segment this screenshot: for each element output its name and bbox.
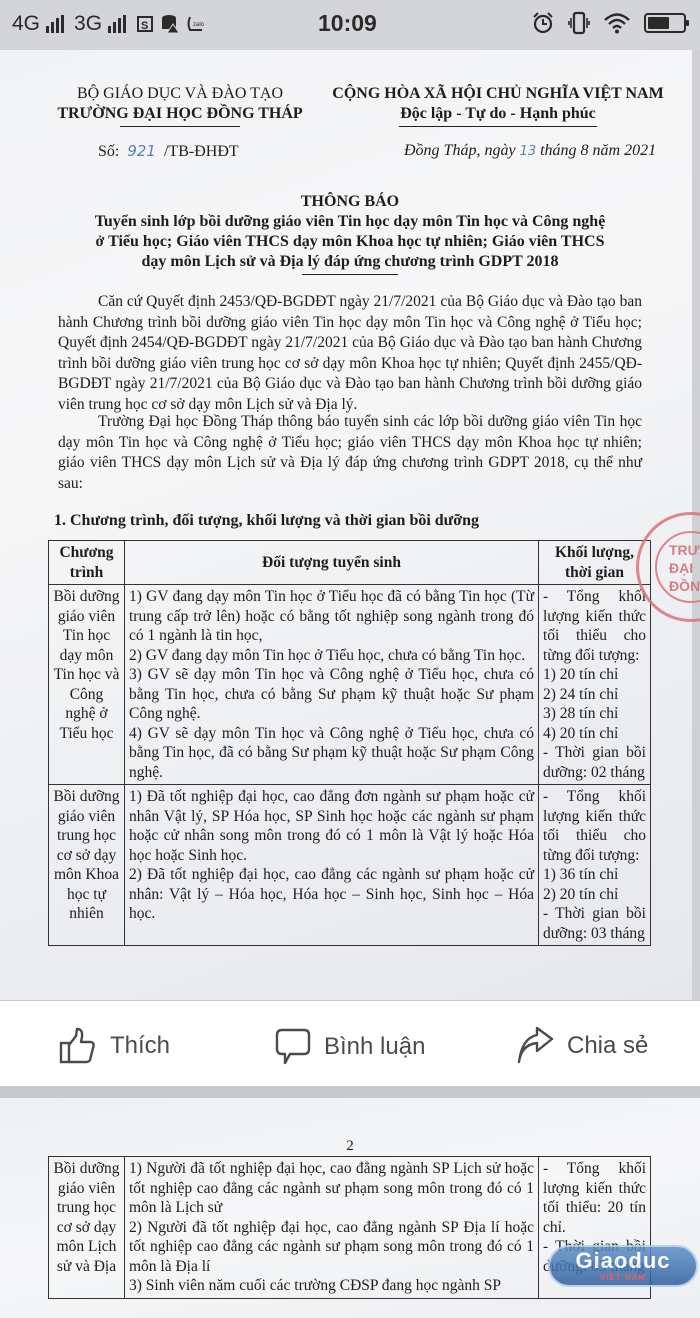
signal-icon (108, 15, 126, 33)
like-label: Thích (110, 1032, 170, 1060)
comment-label: Bình luận (324, 1033, 425, 1061)
signal-icon (46, 15, 64, 33)
document-page-1[interactable]: BỘ GIÁO DỤC VÀ ĐÀO TẠO TRƯỜNG ĐẠI HỌC ĐỒ… (0, 50, 700, 1000)
like-button[interactable]: Thích (58, 1027, 170, 1065)
notice-subtitle-2: ở Tiểu học; Giáo viên THCS dạy môn Khoa … (50, 232, 650, 252)
divider (120, 126, 240, 127)
clock: 10:09 (318, 10, 377, 37)
program-cell: Bồi dưỡng giáo viên Tin học dạy môn Tin … (49, 585, 125, 785)
notice-subtitle-3: dạy môn Lịch sử và Địa lý đáp ứng chương… (50, 252, 650, 272)
table-header-row: Chương trình Đối tượng tuyển sinh Khối l… (49, 541, 651, 585)
national-header: CỘNG HÒA XÃ HỘI CHỦ NGHĨA VIỆT NAM Độc l… (318, 84, 678, 127)
screenshot-icon: S (136, 15, 154, 33)
svg-text:zalo: zalo (193, 22, 205, 28)
handwritten-number: 921 (127, 142, 156, 160)
paragraph-announcement: Trường Đại học Đồng Tháp thông báo tuyển… (58, 412, 642, 494)
status-bar: 4G 3G S zalo 10:09 (0, 0, 700, 50)
divider (399, 126, 597, 127)
feed-separator (0, 1086, 700, 1098)
zalo-icon: zalo (186, 14, 206, 34)
program-table: Chương trình Đối tượng tuyển sinh Khối l… (48, 540, 651, 946)
giaoduc-watermark-logo: Giaoduc VIỆT NAM (548, 1245, 698, 1287)
notice-subtitle-1: Tuyển sinh lớp bồi dưỡng giáo viên Tin h… (50, 212, 650, 232)
ministry-name: BỘ GIÁO DỤC VÀ ĐÀO TẠO (50, 84, 310, 104)
notice-title: THÔNG BÁO Tuyển sinh lớp bồi dưỡng giáo … (50, 192, 650, 275)
header-program: Chương trình (49, 541, 125, 585)
volume-cell: - Tổng khối lượng kiến thức tối thiểu ch… (539, 585, 651, 785)
document-number: Số: 921 /TB-ĐHĐT (98, 142, 239, 161)
alarm-icon (532, 12, 554, 34)
issuer-header: BỘ GIÁO DỤC VÀ ĐÀO TẠO TRƯỜNG ĐẠI HỌC ĐỒ… (50, 84, 310, 127)
table-row: Bồi dưỡng giáo viên trung học cơ sở dạy … (49, 785, 651, 946)
share-label: Chia sẻ (567, 1032, 648, 1060)
table-row: Bồi dưỡng giáo viên Tin học dạy môn Tin … (49, 585, 651, 785)
header-targets: Đối tượng tuyển sinh (125, 541, 539, 585)
program-cell: Bồi dưỡng giáo viên trung học cơ sở dạy … (49, 785, 125, 946)
paragraph-legal-basis: Căn cứ Quyết định 2453/QĐ-BGDĐT ngày 21/… (58, 292, 642, 415)
handwritten-day: 13 (520, 144, 537, 159)
post-action-bar: Thích Bình luận Chia sẻ (0, 1000, 700, 1086)
network-type-2: 3G (74, 12, 102, 36)
targets-cell: 1) GV đang dạy môn Tin học ở Tiểu học đã… (125, 585, 539, 785)
svg-text:S: S (141, 20, 148, 32)
data-warning-icon (160, 14, 180, 34)
battery-icon (644, 13, 686, 33)
header-volume: Khối lượng, thời gian (539, 541, 651, 585)
divider (302, 274, 398, 275)
volume-cell: - Tổng khối lượng kiến thức tối thiểu ch… (539, 785, 651, 946)
thumbs-up-icon (58, 1027, 98, 1065)
motto: Độc lập - Tự do - Hạnh phúc (318, 104, 678, 124)
university-name: TRƯỜNG ĐẠI HỌC ĐỒNG THÁP (50, 104, 310, 124)
network-type-1: 4G (12, 12, 40, 36)
page-number: 2 (0, 1138, 700, 1155)
comment-button[interactable]: Bình luận (274, 1027, 425, 1067)
document-page-2[interactable]: 2 Bồi dưỡng giáo viên trung học cơ sở dạ… (0, 1098, 700, 1318)
vibrate-icon (568, 11, 590, 35)
share-arrow-icon (515, 1027, 555, 1065)
targets-cell: 1) Người đã tốt nghiệp đại học, cao đẳng… (125, 1157, 539, 1299)
wifi-icon (604, 12, 630, 34)
share-button[interactable]: Chia sẻ (515, 1027, 648, 1065)
program-cell: Bồi dưỡng giáo viên trung học cơ sở dạy … (49, 1157, 125, 1299)
targets-cell: 1) Đã tốt nghiệp đại học, cao đẳng đơn n… (125, 785, 539, 946)
country-name: CỘNG HÒA XÃ HỘI CHỦ NGHĨA VIỆT NAM (318, 84, 678, 104)
document-date: Đồng Tháp, ngày 13 tháng 8 năm 2021 (404, 142, 656, 160)
comment-icon (274, 1027, 312, 1067)
section-heading: 1. Chương trình, đối tượng, khối lượng v… (54, 512, 479, 530)
